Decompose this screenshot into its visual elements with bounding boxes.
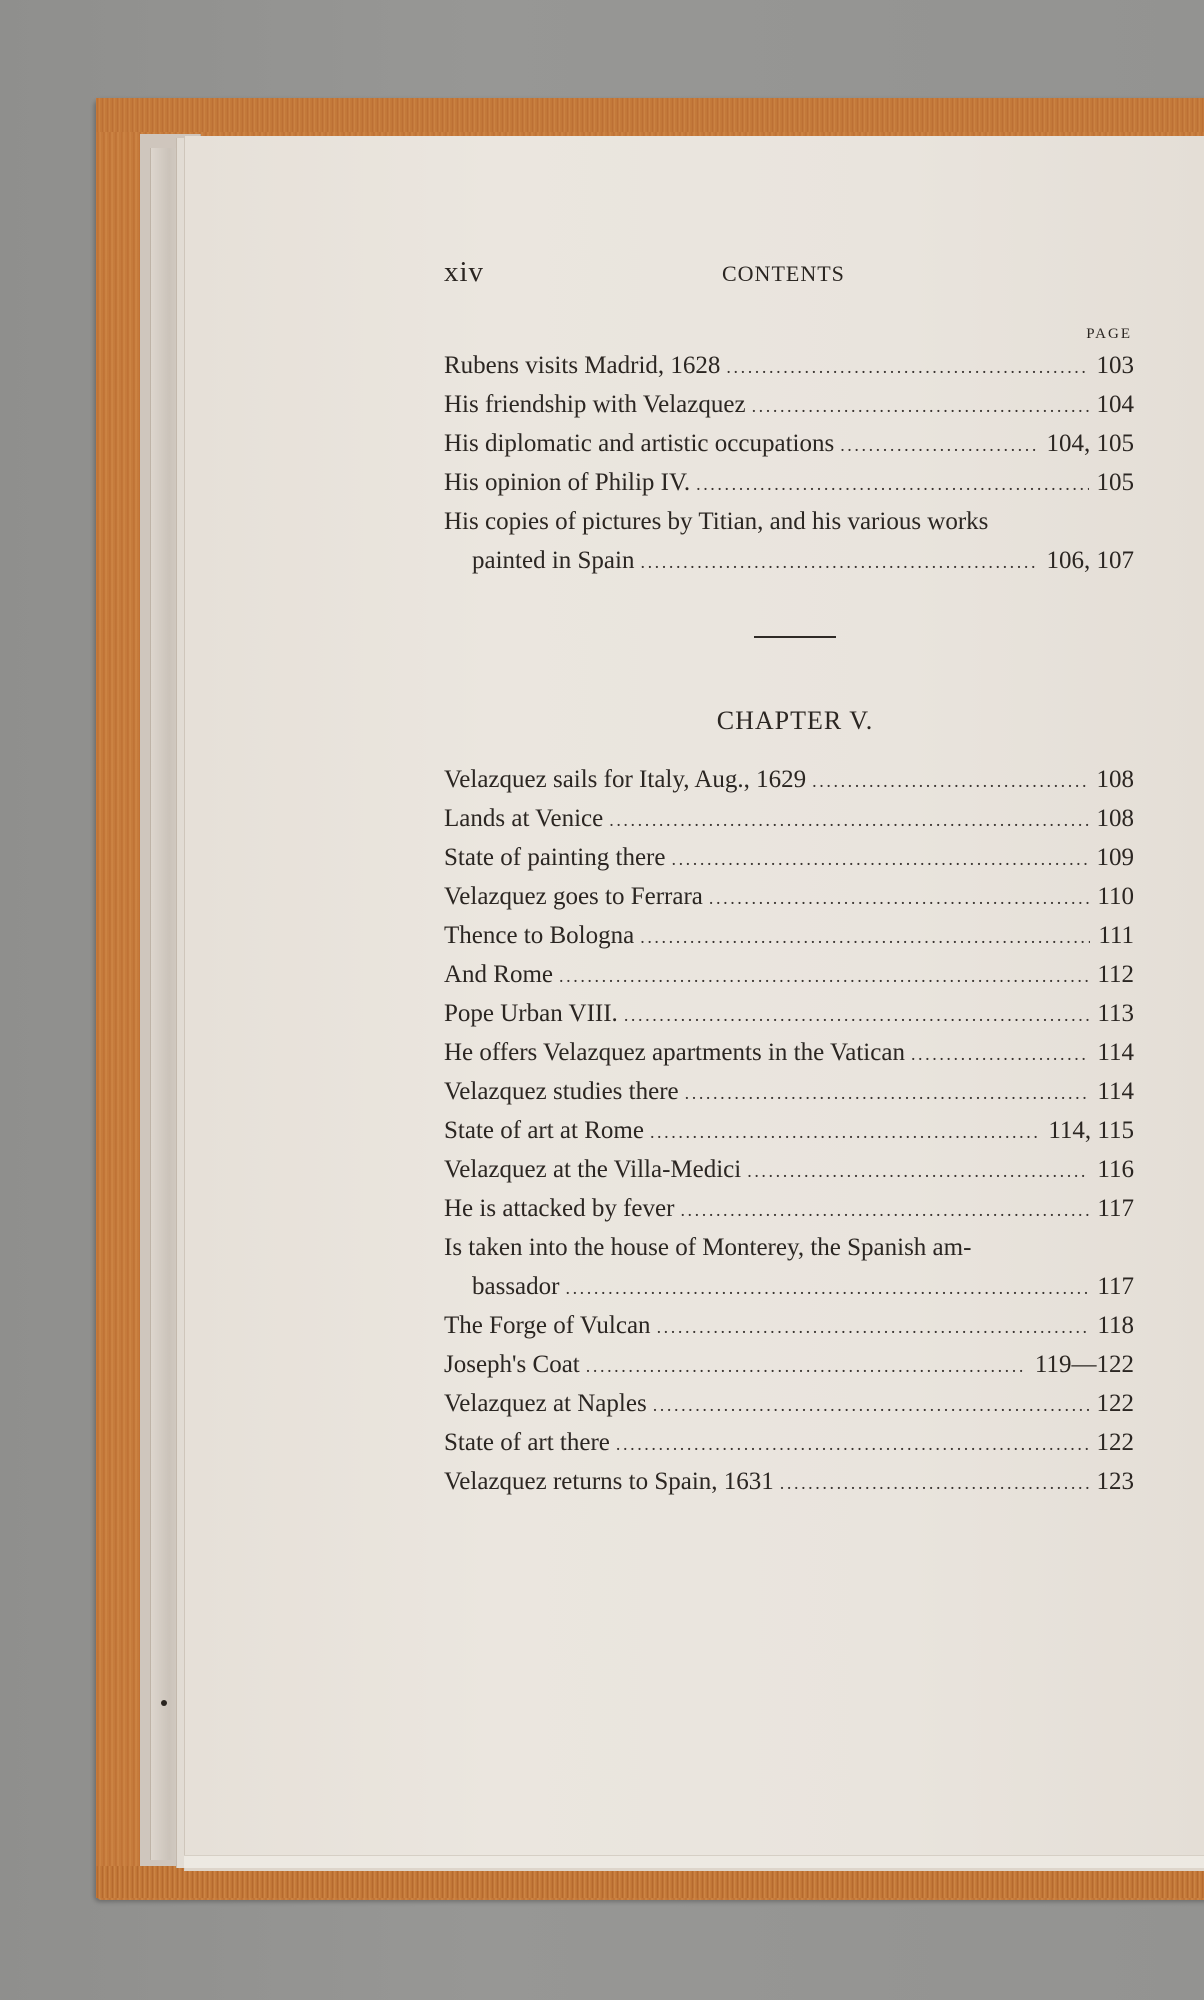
dot-leader: [624, 996, 1090, 1035]
page-column-label: PAGE: [444, 326, 1134, 346]
toc-entry-first-line: Is taken into the house of Monterey, the…: [444, 1228, 1134, 1267]
dot-leader: [680, 1191, 1089, 1230]
entry-page: 104, 105: [1039, 424, 1135, 463]
dot-leader: [726, 348, 1088, 387]
toc-entry: Thence to Bologna 111: [444, 916, 1134, 955]
ink-speck: [161, 1700, 167, 1706]
entry-label: Velazquez returns to Spain, 1631: [444, 1462, 780, 1501]
entry-label: The Forge of Vulcan: [444, 1306, 657, 1345]
toc-entry: Velazquez at the Villa-Medici 116: [444, 1150, 1134, 1189]
dot-leader: [650, 1113, 1040, 1152]
entry-label: Velazquez sails for Italy, Aug., 1629: [444, 760, 812, 799]
entry-label: Velazquez studies there: [444, 1072, 685, 1111]
entry-page: 117: [1089, 1267, 1134, 1306]
entry-page: 109: [1089, 838, 1135, 877]
entry-label: And Rome: [444, 955, 559, 994]
dot-leader: [653, 1386, 1089, 1425]
toc-entry: Velazquez sails for Italy, Aug., 1629 10…: [444, 760, 1134, 799]
entry-page: 117: [1089, 1189, 1134, 1228]
dot-leader: [586, 1347, 1027, 1386]
entry-label: State of art at Rome: [444, 1111, 650, 1150]
dot-leader: [616, 1425, 1089, 1464]
dot-leader: [609, 801, 1088, 840]
entry-label: Is taken into the house of Monterey, the…: [444, 1228, 971, 1267]
entry-page: 118: [1089, 1306, 1134, 1345]
entry-label: Velazquez at the Villa-Medici: [444, 1150, 747, 1189]
toc-entry-continuation: painted in Spain 106, 107: [444, 541, 1134, 580]
chapter-entries: Velazquez sails for Italy, Aug., 1629 10…: [444, 760, 1134, 1501]
book-cover-top-edge: [96, 98, 1204, 132]
toc-entry: Joseph's Coat 119—122: [444, 1345, 1134, 1384]
toc-entry: He offers Velazquez apartments in the Va…: [444, 1033, 1134, 1072]
entry-page: 112: [1089, 955, 1134, 994]
entry-label: Thence to Bologna: [444, 916, 640, 955]
page-deckle-edge: [184, 1855, 1204, 1868]
toc-entry: He is attacked by fever 117: [444, 1189, 1134, 1228]
entry-label: Pope Urban VIII.: [444, 994, 624, 1033]
dot-leader: [671, 840, 1088, 879]
toc-entry: Pope Urban VIII. 113: [444, 994, 1134, 1033]
page-number: xiv: [444, 256, 484, 289]
dot-leader: [640, 543, 1038, 582]
toc-entry-continuation: bassador 117: [444, 1267, 1134, 1306]
entry-page: 106, 107: [1039, 541, 1135, 580]
entry-page: 111: [1090, 916, 1134, 955]
running-head: xiv CONTENTS: [444, 256, 1134, 296]
dot-leader: [709, 879, 1090, 918]
entry-label: State of art there: [444, 1423, 616, 1462]
entry-page: 108: [1089, 799, 1135, 838]
entry-page: 113: [1089, 994, 1134, 1033]
entry-page: 114, 115: [1040, 1111, 1134, 1150]
chapter-heading: CHAPTER V.: [450, 706, 1140, 736]
entry-page: 103: [1089, 346, 1135, 385]
entry-label: His copies of pictures by Titian, and hi…: [444, 502, 988, 541]
entry-label: He offers Velazquez apartments in the Va…: [444, 1033, 911, 1072]
toc-entry-first-line: His copies of pictures by Titian, and hi…: [444, 502, 1134, 541]
entry-label: His friendship with Velazquez: [444, 385, 752, 424]
toc-entry: Rubens visits Madrid, 1628 103: [444, 346, 1134, 385]
entry-page: 114: [1089, 1072, 1134, 1111]
toc-entry: His friendship with Velazquez 104: [444, 385, 1134, 424]
toc-entry: And Rome 112: [444, 955, 1134, 994]
entry-label: Rubens visits Madrid, 1628: [444, 346, 726, 385]
entry-page: 116: [1089, 1150, 1134, 1189]
entry-label: His diplomatic and artistic occupations: [444, 424, 840, 463]
entry-page: 108: [1089, 760, 1135, 799]
dot-leader: [752, 387, 1089, 426]
entry-page: 114: [1089, 1033, 1134, 1072]
entry-label: Lands at Venice: [444, 799, 609, 838]
continued-section-entries: Rubens visits Madrid, 1628 103 His frien…: [444, 346, 1134, 580]
dot-leader: [565, 1269, 1089, 1308]
dot-leader: [559, 957, 1089, 996]
entry-page: 105: [1089, 463, 1135, 502]
toc-entry: Velazquez at Naples 122: [444, 1384, 1134, 1423]
table-of-contents: xiv CONTENTS PAGE Rubens visits Madrid, …: [444, 256, 1134, 1501]
entry-page: 119—122: [1027, 1345, 1134, 1384]
entry-label: State of painting there: [444, 838, 671, 877]
entry-label: Joseph's Coat: [444, 1345, 586, 1384]
dot-leader: [840, 426, 1038, 465]
dot-leader: [696, 465, 1088, 504]
entry-page: 123: [1089, 1462, 1135, 1501]
entry-page: 110: [1089, 877, 1134, 916]
entry-page: 122: [1089, 1423, 1135, 1462]
dot-leader: [780, 1464, 1089, 1503]
toc-entry: Lands at Venice 108: [444, 799, 1134, 838]
section-divider-rule: [754, 636, 836, 638]
toc-entry: State of art there 122: [444, 1423, 1134, 1462]
toc-entry: His diplomatic and artistic occupations …: [444, 424, 1134, 463]
dot-leader: [657, 1308, 1090, 1347]
dot-leader: [812, 762, 1088, 801]
running-title: CONTENTS: [722, 261, 845, 287]
dot-leader: [685, 1074, 1090, 1113]
toc-entry: The Forge of Vulcan 118: [444, 1306, 1134, 1345]
toc-entry: State of painting there 109: [444, 838, 1134, 877]
entry-label: His opinion of Philip IV.: [444, 463, 696, 502]
toc-entry: State of art at Rome 114, 115: [444, 1111, 1134, 1150]
dot-leader: [747, 1152, 1089, 1191]
entry-label-continuation: bassador: [472, 1267, 565, 1306]
toc-entry: Velazquez goes to Ferrara 110: [444, 877, 1134, 916]
entry-label: He is attacked by fever: [444, 1189, 680, 1228]
toc-entry: Velazquez studies there 114: [444, 1072, 1134, 1111]
entry-label: Velazquez at Naples: [444, 1384, 653, 1423]
dot-leader: [640, 918, 1090, 957]
entry-page: 122: [1089, 1384, 1135, 1423]
entry-label-continuation: painted in Spain: [472, 541, 640, 580]
entry-label: Velazquez goes to Ferrara: [444, 877, 709, 916]
entry-page: 104: [1089, 385, 1135, 424]
toc-entry: Velazquez returns to Spain, 1631 123: [444, 1462, 1134, 1501]
dot-leader: [911, 1035, 1089, 1074]
toc-entry: His opinion of Philip IV. 105: [444, 463, 1134, 502]
